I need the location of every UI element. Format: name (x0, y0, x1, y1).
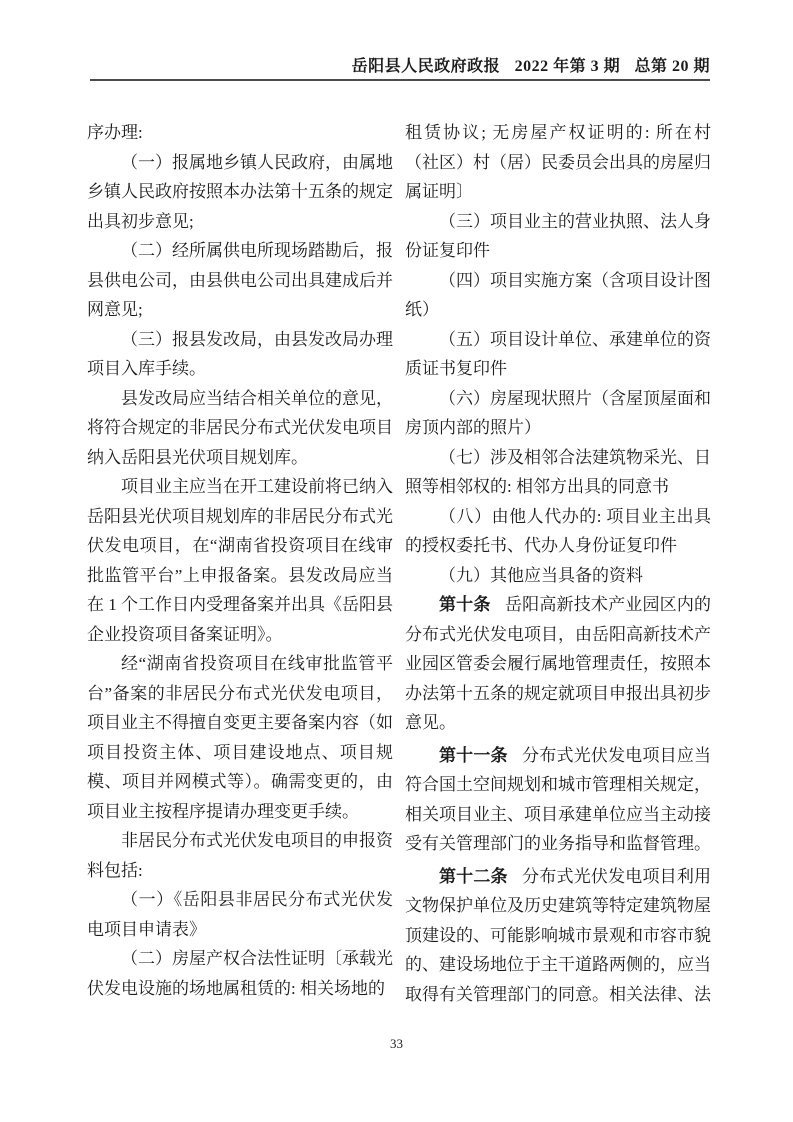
article-number: 第十一条 (439, 746, 508, 765)
volume-label: 总第 20 期 (634, 58, 710, 75)
paragraph: （四）项目实施方案（含项目设计图纸） (405, 266, 711, 325)
paragraph-text: 租赁协议; 无房屋产权证明的: 所在村（社区）村（居）民委员会出具的房屋归属证明… (405, 123, 711, 201)
paragraph-text: 非居民分布式光伏发电项目的申报资料包括: (87, 831, 393, 880)
paragraph-text: （八）由他人代办的: 项目业主出具的授权委托书、代办人身份证复印件 (405, 507, 711, 556)
paragraph: （六）房屋现状照片（含屋顶屋面和房顶内部的照片） (405, 384, 711, 443)
article-number: 第十二条 (439, 867, 508, 886)
paragraph-text: （二）房屋产权合法性证明〔承载光伏发电设施的场地属租赁的: 相关场地的 (87, 949, 393, 998)
paragraph: 项目业主应当在开工建设前将已纳入岳阳县光伏项目规划库的非居民分布式光伏发电项目，… (87, 472, 393, 649)
text-columns: 序办理:（一）报属地乡镇人民政府，由属地乡镇人民政府按照本办法第十五条的规定出具… (87, 118, 711, 1009)
issue-label: 2022 年第 3 期 (515, 58, 621, 75)
paragraph-text: 序办理: (87, 123, 143, 142)
paragraph: 租赁协议; 无房屋产权证明的: 所在村（社区）村（居）民委员会出具的房屋归属证明… (405, 118, 711, 207)
paragraph: （二）经所属供电所现场踏勘后，报县供电公司，由县供电公司出具建成后并网意见; (87, 236, 393, 325)
article-paragraph: 第十一条分布式光伏发电项目应当符合国土空间规划和城市管理相关规定，相关项目业主、… (405, 741, 711, 859)
paragraph-text: （七）涉及相邻合法建筑物采光、日照等相邻权的: 相邻方出具的同意书 (405, 448, 711, 497)
paragraph-text: 岳阳高新技术产业园区内的分布式光伏发电项目，由岳阳高新技术产业园区管委会履行属地… (405, 595, 711, 732)
paragraph: 序办理: (87, 118, 393, 148)
page-header: 岳阳县人民政府政报2022 年第 3 期总第 20 期 (90, 53, 710, 81)
paragraph: （五）项目设计单位、承建单位的资质证书复印件 (405, 325, 711, 384)
paragraph-text: （四）项目实施方案（含项目设计图纸） (405, 271, 711, 320)
paragraph: （一）《岳阳县非居民分布式光伏发电项目申请表》 (87, 885, 393, 944)
journal-title: 岳阳县人民政府政报 (352, 58, 501, 75)
paragraph-text: （九）其他应当具备的资料 (439, 566, 643, 585)
paragraph-text: （五）项目设计单位、承建单位的资质证书复印件 (405, 330, 711, 379)
paragraph: （一）报属地乡镇人民政府，由属地乡镇人民政府按照本办法第十五条的规定出具初步意见… (87, 148, 393, 237)
paragraph-text: 项目业主应当在开工建设前将已纳入岳阳县光伏项目规划库的非居民分布式光伏发电项目，… (87, 477, 393, 644)
paragraph-text: （三）项目业主的营业执照、法人身份证复印件 (405, 212, 711, 261)
page-number: 33 (0, 1036, 793, 1052)
paragraph: （三）项目业主的营业执照、法人身份证复印件 (405, 207, 711, 266)
paragraph: （七）涉及相邻合法建筑物采光、日照等相邻权的: 相邻方出具的同意书 (405, 443, 711, 502)
paragraph-text: （二）经所属供电所现场踏勘后，报县供电公司，由县供电公司出具建成后并网意见; (87, 241, 393, 319)
paragraph-text: （三）报县发改局，由县发改局办理项目入库手续。 (87, 330, 393, 379)
paragraph: 经“湖南省投资项目在线审批监管平台”备案的非居民分布式光伏发电项目，项目业主不得… (87, 649, 393, 826)
left-column: 序办理:（一）报属地乡镇人民政府，由属地乡镇人民政府按照本办法第十五条的规定出具… (87, 118, 393, 1009)
article-paragraph: 第十二条分布式光伏发电项目利用文物保护单位及历史建筑等特定建筑物屋顶建设的、可能… (405, 862, 711, 1010)
paragraph-text: 经“湖南省投资项目在线审批监管平台”备案的非居民分布式光伏发电项目，项目业主不得… (87, 654, 393, 821)
paragraph: （二）房屋产权合法性证明〔承载光伏发电设施的场地属租赁的: 相关场地的 (87, 944, 393, 1003)
right-column: 租赁协议; 无房屋产权证明的: 所在村（社区）村（居）民委员会出具的房屋归属证明… (405, 118, 711, 1009)
paragraph-text: （一）《岳阳县非居民分布式光伏发电项目申请表》 (87, 890, 393, 939)
paragraph-text: （一）报属地乡镇人民政府，由属地乡镇人民政府按照本办法第十五条的规定出具初步意见… (87, 153, 393, 231)
paragraph: 县发改局应当结合相关单位的意见，将符合规定的非居民分布式光伏发电项目纳入岳阳县光… (87, 384, 393, 473)
article-number: 第十条 (439, 595, 491, 614)
paragraph: （三）报县发改局，由县发改局办理项目入库手续。 (87, 325, 393, 384)
paragraph-text: （六）房屋现状照片（含屋顶屋面和房顶内部的照片） (405, 389, 711, 438)
paragraph-text: 县发改局应当结合相关单位的意见，将符合规定的非居民分布式光伏发电项目纳入岳阳县光… (87, 389, 393, 467)
paragraph: （九）其他应当具备的资料 (405, 561, 711, 591)
article-paragraph: 第十条岳阳高新技术产业园区内的分布式光伏发电项目，由岳阳高新技术产业园区管委会履… (405, 590, 711, 738)
gazette-page: 岳阳县人民政府政报2022 年第 3 期总第 20 期 序办理:（一）报属地乡镇… (0, 0, 793, 1122)
paragraph: （八）由他人代办的: 项目业主出具的授权委托书、代办人身份证复印件 (405, 502, 711, 561)
paragraph: 非居民分布式光伏发电项目的申报资料包括: (87, 826, 393, 885)
paragraph-text: 分布式光伏发电项目利用文物保护单位及历史建筑等特定建筑物屋顶建设的、可能影响城市… (405, 867, 711, 1004)
